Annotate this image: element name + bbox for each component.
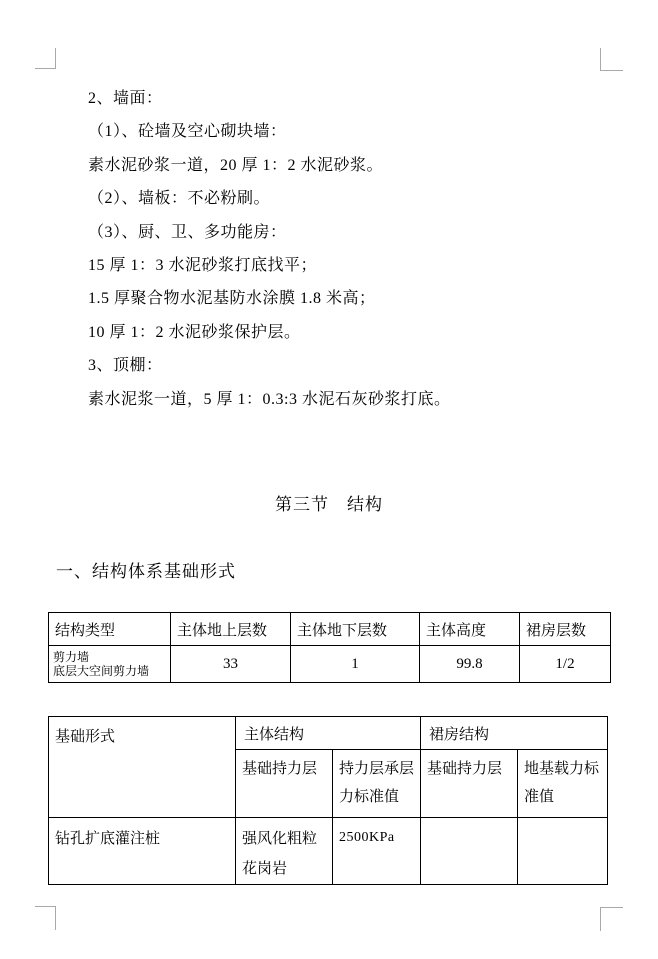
foundation-table-group-header-row: 基础形式 主体结构 裙房结构	[49, 717, 608, 750]
cell-foundation-type: 钻孔扩底灌注桩	[49, 818, 236, 885]
body-paragraph: 2、墙面：	[88, 82, 450, 115]
foundation-table-data-row: 钻孔扩底灌注桩 强风化粗粒 花岗岩 2500KPa	[49, 818, 608, 885]
cell-main-bearing-stratum: 强风化粗粒 花岗岩	[236, 818, 333, 885]
header-main-structure: 主体结构	[236, 717, 421, 750]
structure-system-table: 结构类型 主体地上层数 主体地下层数 主体高度 裙房层数 剪力墙 底层大空间剪力…	[48, 612, 611, 683]
body-paragraph: 素水泥砂浆一道，20 厚 1：2 水泥砂浆。	[88, 149, 450, 182]
cell-podium-bearing-stratum	[421, 818, 518, 885]
header-podium-structure: 裙房结构	[421, 717, 608, 750]
structure-table-data-row: 剪力墙 底层大空间剪力墙 33 1 99.8 1/2	[49, 646, 611, 683]
header-below-ground-floors: 主体地下层数	[291, 613, 420, 646]
body-paragraph: 15 厚 1：3 水泥砂浆打底找平；	[88, 249, 450, 282]
crop-mark-bottom-left	[35, 906, 56, 930]
body-text-block: 2、墙面： （1）、砼墙及空心砌块墙： 素水泥砂浆一道，20 厚 1：2 水泥砂…	[88, 82, 450, 416]
header-main-bearing-value: 持力层承层 力标准值	[333, 750, 421, 818]
header-main-height: 主体高度	[420, 613, 520, 646]
body-paragraph: 1.5 厚聚合物水泥基防水涂膜 1.8 米高；	[88, 282, 450, 315]
crop-mark-top-right	[600, 48, 623, 71]
crop-mark-bottom-right	[600, 907, 623, 931]
cell-structure-type: 剪力墙 底层大空间剪力墙	[49, 646, 171, 683]
document-page: 2、墙面： （1）、砼墙及空心砌块墙： 素水泥砂浆一道，20 厚 1：2 水泥砂…	[0, 0, 658, 959]
header-main-bearing-stratum: 基础持力层	[236, 750, 333, 818]
cell-above-ground-floors: 33	[171, 646, 291, 683]
cell-podium-floors: 1/2	[520, 646, 611, 683]
crop-mark-top-left	[35, 48, 56, 69]
header-podium-floors: 裙房层数	[520, 613, 611, 646]
header-foundation-form: 基础形式	[49, 717, 236, 818]
header-podium-bearing-stratum: 基础持力层	[421, 750, 518, 818]
structure-table-header-row: 结构类型 主体地上层数 主体地下层数 主体高度 裙房层数	[49, 613, 611, 646]
body-paragraph: 10 厚 1：2 水泥砂浆保护层。	[88, 316, 450, 349]
body-paragraph: （1）、砼墙及空心砌块墙：	[88, 115, 450, 148]
header-podium-bearing-value: 地基载力标 准值	[518, 750, 608, 818]
cell-below-ground-floors: 1	[291, 646, 420, 683]
body-paragraph: 素水泥浆一道，5 厚 1：0.3:3 水泥石灰砂浆打底。	[88, 383, 450, 416]
header-structure-type: 结构类型	[49, 613, 171, 646]
cell-main-bearing-value: 2500KPa	[333, 818, 421, 885]
section-heading: 第三节 结构	[0, 494, 658, 516]
cell-podium-bearing-value	[518, 818, 608, 885]
body-paragraph: 3、顶棚：	[88, 349, 450, 382]
subsection-heading: 一、结构体系基础形式	[56, 561, 236, 583]
body-paragraph: （2）、墙板：不必粉刷。	[88, 182, 450, 215]
body-paragraph: （3）、厨、卫、多功能房：	[88, 216, 450, 249]
header-above-ground-floors: 主体地上层数	[171, 613, 291, 646]
cell-main-height: 99.8	[420, 646, 520, 683]
foundation-form-table: 基础形式 主体结构 裙房结构 基础持力层 持力层承层 力标准值 基础持力层 地基…	[48, 716, 608, 885]
